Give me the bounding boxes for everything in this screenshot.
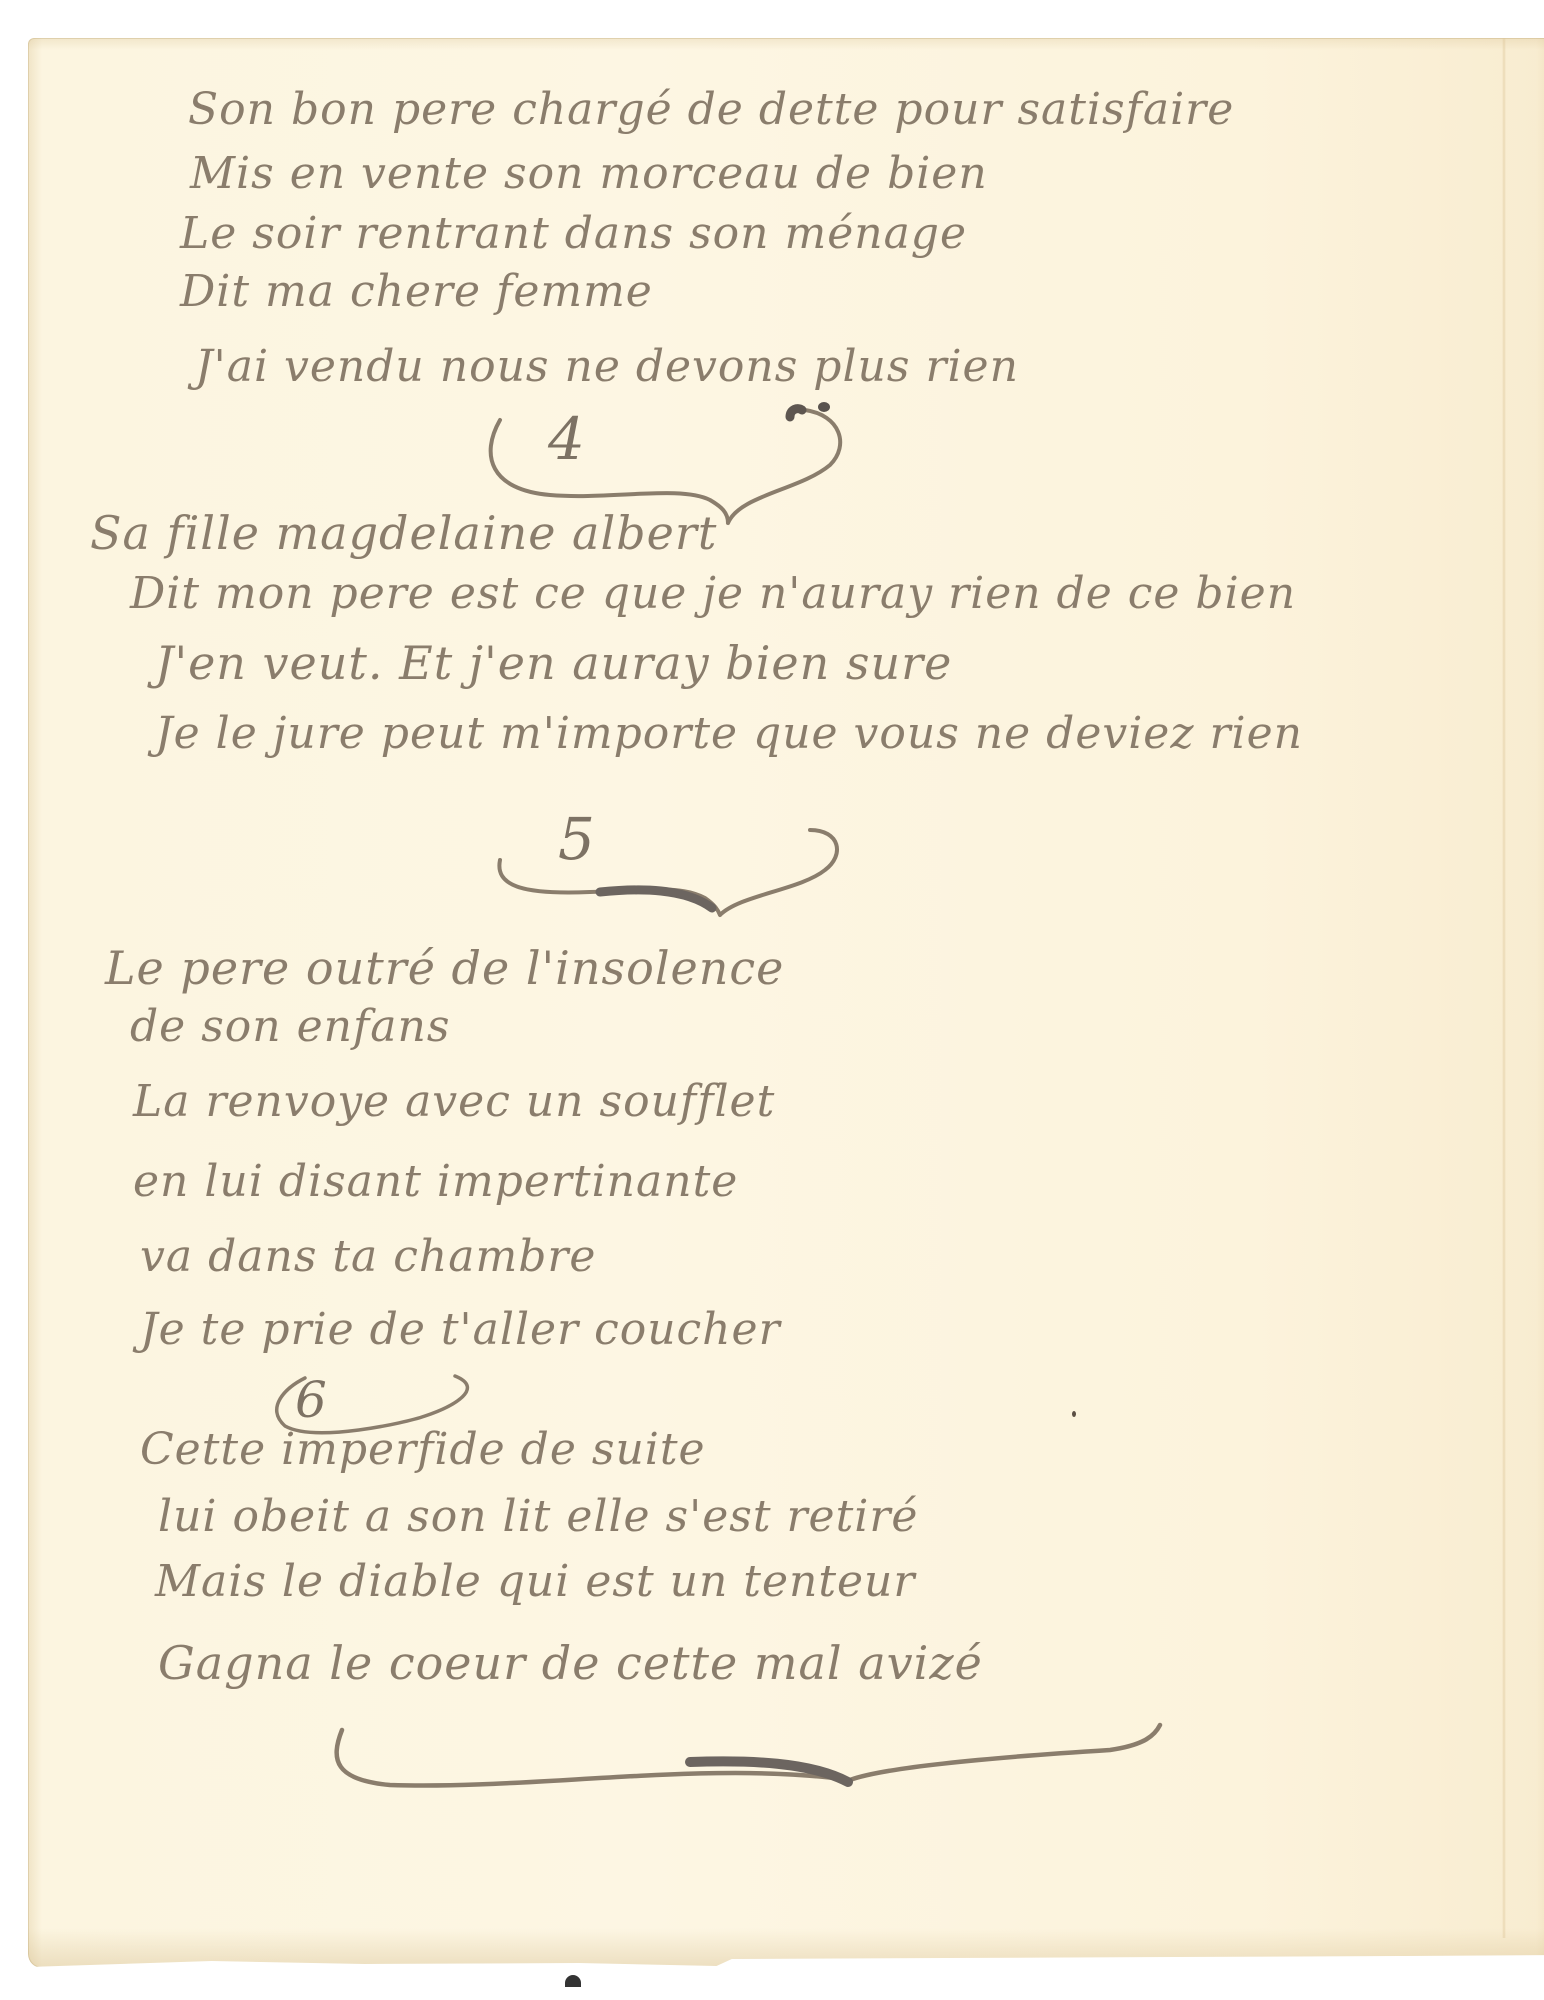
verse-line: Gagna le coeur de cette mal avizé: [158, 1640, 983, 1686]
verse-line: Dit ma chere femme: [180, 270, 653, 314]
verse-line: Le soir rentrant dans son ménage: [180, 212, 967, 256]
verse-line: Je le jure peut m'importe que vous ne de…: [155, 712, 1303, 756]
ink-speck: [1072, 1411, 1076, 1417]
verse-line: Son bon pere chargé de dette pour satisf…: [188, 88, 1234, 132]
verse-line: Je te prie de t'aller coucher: [140, 1308, 781, 1352]
manuscript-scan: Son bon pere chargé de dette pour satisf…: [0, 0, 1544, 2000]
verse-line: Sa fille magdelaine albert: [90, 510, 717, 556]
verse-line: va dans ta chambre: [140, 1235, 596, 1279]
closing-flourish-ornament: [330, 1720, 1190, 1820]
ink-speck: [818, 402, 830, 412]
verse-line: lui obeit a son lit elle s'est retiré: [158, 1495, 918, 1539]
verse-line: de son enfans: [130, 1005, 450, 1049]
verse-line: Cette imperfide de suite: [140, 1428, 706, 1472]
margin-mark: [565, 1975, 581, 1987]
verse-line: Dit mon pere est ce que je n'auray rien …: [130, 572, 1296, 616]
verse-line: en lui disant impertinante: [133, 1160, 738, 1204]
verse-line: J'en veut. Et j'en auray bien sure: [155, 640, 952, 686]
flourish-ornament: [480, 800, 880, 920]
verse-line: Le pere outré de l'insolence: [105, 945, 784, 991]
verse-line: La renvoye avec un soufflet: [133, 1080, 775, 1124]
verse-line: J'ai vendu nous ne devons plus rien: [195, 345, 1019, 389]
paper-fold-line: [1502, 38, 1506, 1938]
verse-line: Mis en vente son morceau de bien: [190, 152, 988, 196]
verse-line: Mais le diable qui est un tenteur: [155, 1560, 915, 1604]
